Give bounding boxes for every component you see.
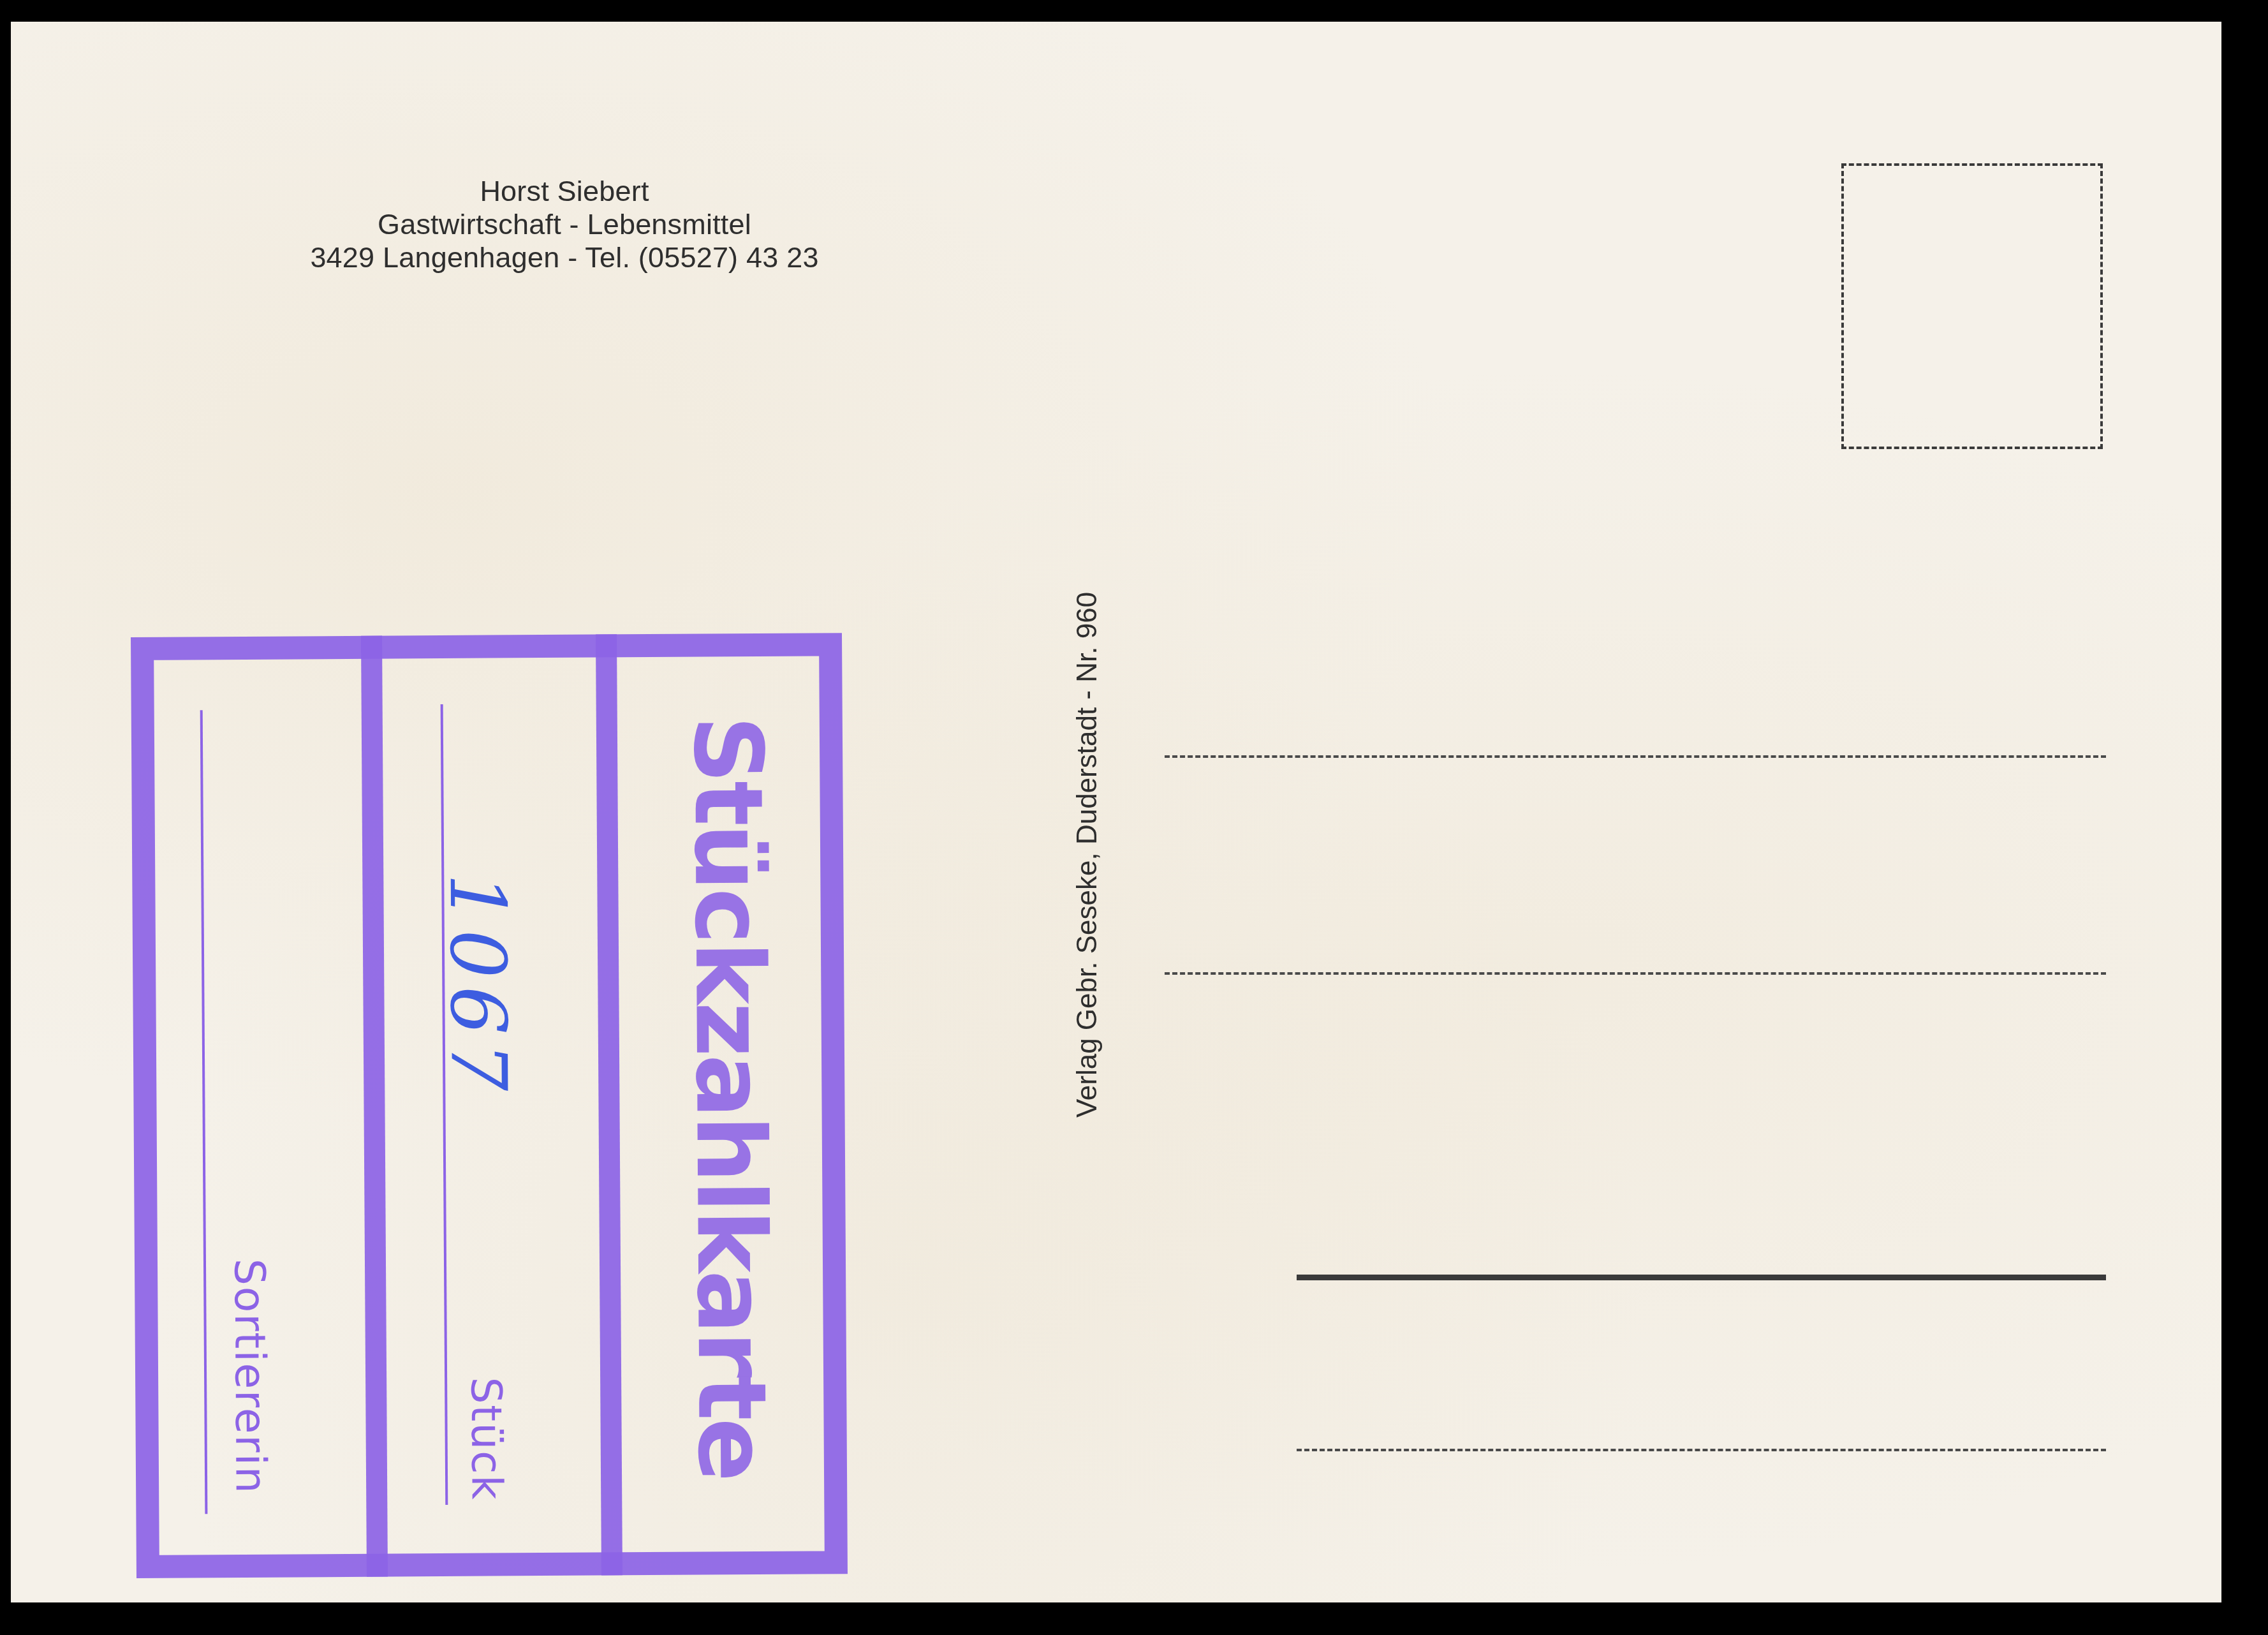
sender-name: Horst Siebert: [246, 175, 883, 208]
sender-business: Gastwirtschaft - Lebensmittel: [246, 208, 883, 241]
quantity-value: 1067: [432, 873, 522, 1099]
sender-block: Horst Siebert Gastwirtschaft - Lebensmit…: [246, 175, 883, 274]
sorter-label: Sortiererin: [225, 1259, 275, 1495]
stamp-title: Stückzahlkarte: [673, 715, 787, 1479]
postcard-back: Horst Siebert Gastwirtschaft - Lebensmit…: [11, 22, 2221, 1602]
publisher-imprint: Verlag Gebr. Seseke, Duderstadt - Nr. 96…: [1071, 592, 1103, 1118]
postage-stamp-placeholder-icon: [1841, 163, 2103, 449]
address-line-3: [1297, 1275, 2106, 1280]
address-line-4: [1297, 1449, 2106, 1451]
quantity-label: Stück: [462, 1377, 512, 1501]
address-line-1: [1165, 755, 2106, 758]
sender-address: 3429 Langenhagen - Tel. (05527) 43 23: [246, 241, 883, 274]
count-card-stamp: Sortiererin Stück 1067 Stückzahlkarte: [131, 633, 848, 1578]
address-line-2: [1165, 972, 2106, 975]
